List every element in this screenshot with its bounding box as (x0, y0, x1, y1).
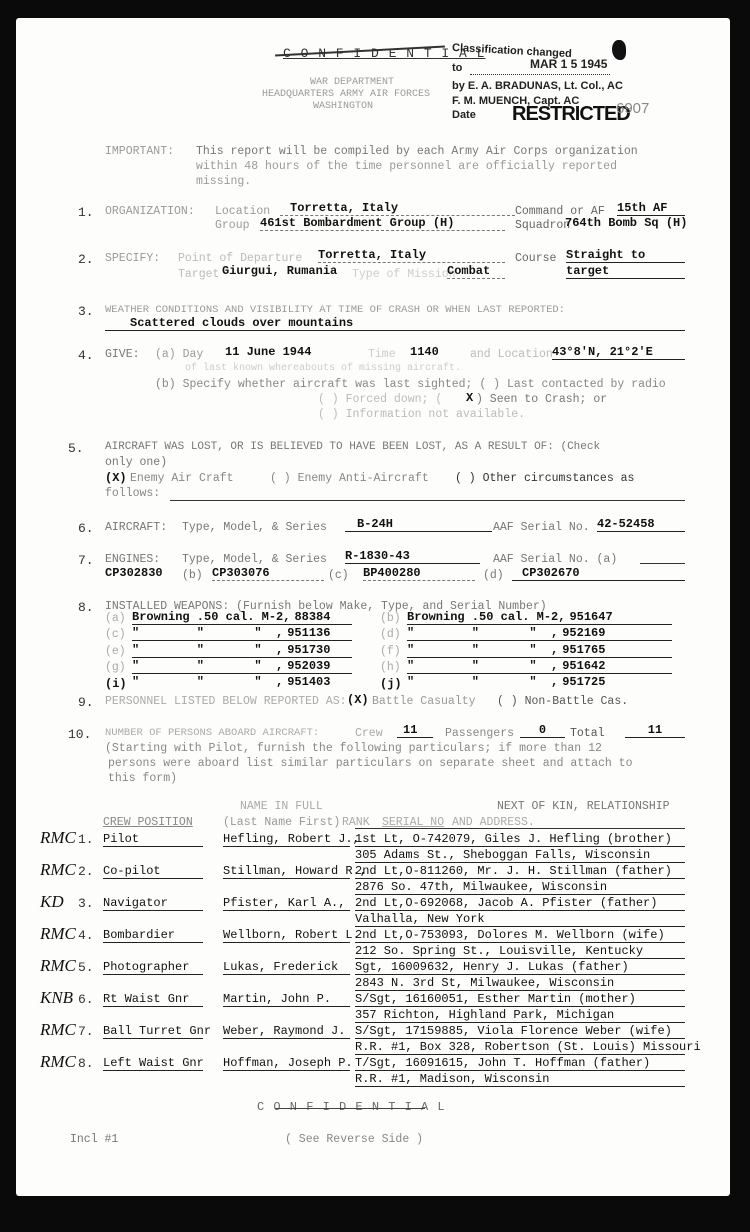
dept-line2: HEADQUARTERS ARMY AIR FORCES (262, 89, 430, 100)
crew-rank-serial-kin: T/Sgt, 16091615, John T. Hoffman (father… (355, 1056, 685, 1071)
crew-name: Pfister, Karl A., (223, 896, 350, 911)
crew-number: 7. (78, 1024, 94, 1039)
weapon-entry: " " " ,951136 (132, 626, 352, 641)
crew-name: Wellborn, Robert L. (223, 928, 350, 943)
other-circumstances-option[interactable]: ( ) Other circumstances as (455, 472, 634, 485)
weapon-serial: 88384 (294, 610, 330, 624)
battle-casualty-check[interactable]: (X) (347, 693, 369, 707)
handwritten-mark: KNB (40, 988, 73, 1008)
org-location: Torretta, Italy (280, 201, 515, 216)
crew-rank-serial-kin: S/Sgt, 16160051, Esther Martin (mother) (355, 992, 685, 1007)
engine-serial-d: CP302670 (512, 566, 685, 581)
crew-position: Navigator (103, 896, 203, 911)
see-reverse-side: ( See Reverse Side ) (285, 1133, 423, 1146)
seen-to-crash-check[interactable]: X (466, 391, 473, 405)
engine-serial-c: BP400280 (363, 566, 475, 581)
weapon-entry: " " " ,952039 (132, 659, 352, 674)
stamp-date: MAR 1 5 1945 (530, 57, 607, 71)
engine-serial-b: CP303076 (212, 566, 324, 581)
weapon-label: (b) (380, 612, 401, 625)
course-line2: target (566, 264, 685, 279)
dept-line1: WAR DEPARTMENT (310, 77, 394, 88)
crew-number: 6. (78, 992, 94, 1007)
crew-name: Hefling, Robert J., (223, 832, 350, 847)
crew-name: Stillman, Howard R., (223, 864, 350, 879)
handwritten-mark: KD (40, 892, 64, 912)
org-squadron: 764th Bomb Sq (H) (565, 216, 687, 230)
crew-number: 5. (78, 960, 94, 975)
inclosure-note: Incl #1 (70, 1133, 118, 1146)
crew-rank-serial-kin: Sgt, 16009632, Henry J. Lukas (father) (355, 960, 685, 975)
handwritten-mark: RMC (40, 1052, 76, 1072)
weapon-serial: 951765 (562, 643, 605, 657)
loss-location: 43°8'N, 21°2'E (552, 345, 685, 360)
crew-name: Hoffman, Joseph P. (223, 1056, 350, 1071)
weapon-serial: 951403 (287, 675, 330, 689)
strikethrough-line-bottom (275, 1108, 425, 1109)
crew-position: Co-pilot (103, 864, 203, 879)
weapon-entry: Browning .50 cal. M-2,951647 (407, 610, 672, 625)
non-battle-option[interactable]: ( ) Non-Battle Cas. (497, 695, 628, 708)
loss-day: 11 June 1944 (225, 345, 311, 359)
crew-position: Pilot (103, 832, 203, 847)
crew-rank-serial-kin: 2nd Lt,O-811260, Mr. J. H. Stillman (fat… (355, 864, 685, 879)
weapon-label: (e) (105, 645, 126, 658)
crew-number: 8. (78, 1056, 94, 1071)
crew-rank-serial-kin: S/Sgt, 17159885, Viola Florence Weber (w… (355, 1024, 685, 1039)
weapon-serial: 951730 (287, 643, 330, 657)
important-label: IMPORTANT: (105, 145, 174, 158)
crew-rank-serial-kin: 1st Lt, O-742079, Giles J. Hefling (brot… (355, 832, 685, 847)
org-group: 461st Bombardment Group (H) (260, 216, 505, 231)
handwritten-mark: RMC (40, 828, 76, 848)
crew-count: 11 (397, 723, 433, 738)
passenger-count: 0 (520, 723, 565, 738)
crew-position: Left Waist Gnr (103, 1056, 203, 1071)
crew-kin-address: R.R. #1, Madison, Wisconsin (355, 1072, 685, 1087)
aircraft-type: B-24H (345, 517, 492, 532)
loss-time: 1140 (410, 345, 439, 359)
handwritten-mark: RMC (40, 1020, 76, 1040)
crew-kin-address: 212 So. Spring St., Louisville, Kentucky (355, 944, 685, 959)
target: Giurgui, Rumania (222, 264, 337, 278)
weapon-entry: " " " ,951642 (407, 659, 672, 674)
classification-bottom: C O N F I D E N T I A L (257, 1100, 446, 1114)
crew-position: Rt Waist Gnr (103, 992, 203, 1007)
total-count: 11 (625, 723, 685, 738)
crew-position: Bombardier (103, 928, 203, 943)
crew-kin-address: Valhalla, New York (355, 912, 685, 927)
follows-line (170, 500, 685, 501)
departure-point: Torretta, Italy (318, 248, 505, 263)
dept-line3: WASHINGTON (313, 101, 373, 112)
weapon-serial: 951725 (562, 675, 605, 689)
weapon-label: (g) (105, 661, 126, 674)
weapon-serial: 951647 (569, 610, 612, 624)
handwritten-mark: RMC (40, 924, 76, 944)
crew-position: Ball Turret Gnr (103, 1024, 203, 1039)
weapon-entry: Browning .50 cal. M-2,88384 (132, 610, 352, 625)
aircraft-serial: 42-52458 (597, 517, 685, 532)
handwritten-mark: RMC (40, 860, 76, 880)
weather-conditions: Scattered clouds over mountains (105, 316, 685, 331)
weapon-label: (d) (380, 628, 401, 641)
weapon-entry: " " " ,952169 (407, 626, 672, 641)
weapon-label: (f) (380, 645, 401, 658)
engine-serial-a: CP302830 (105, 566, 163, 580)
weapon-serial: 951136 (287, 626, 330, 640)
weapon-serial: 951642 (562, 659, 605, 673)
crew-name: Lukas, Frederick (223, 960, 350, 975)
weapon-serial: 952169 (562, 626, 605, 640)
org-command: 15th AF (617, 201, 685, 216)
weapon-label: (h) (380, 661, 401, 674)
weapon-label: (i) (105, 677, 127, 691)
course-line1: Straight to (566, 248, 685, 263)
weapon-label: (j) (380, 677, 402, 691)
enemy-anti-aircraft-option[interactable]: ( ) Enemy Anti-Aircraft (270, 472, 429, 485)
crew-name: Martin, John P. (223, 992, 350, 1007)
handwritten-mark: RMC (40, 956, 76, 976)
crew-position: Photographer (103, 960, 203, 975)
stamp-by1: by E. A. BRADUNAS, Lt. Col., AC (452, 80, 623, 92)
crew-rank-serial-kin: 2nd Lt,O-692068, Jacob A. Pfister (fathe… (355, 896, 685, 911)
weapon-label: (c) (105, 628, 126, 641)
restricted-stamp: RESTRICTED (512, 103, 630, 126)
stamp-date-label: Date (452, 109, 476, 121)
weapon-entry: " " " ,951403 (132, 675, 352, 689)
ink-blot (612, 40, 626, 60)
weapon-entry: " " " ,951725 (407, 675, 672, 689)
weapon-entry: " " " ,951730 (132, 643, 352, 658)
mission-type: Combat (447, 264, 505, 279)
crew-number: 4. (78, 928, 94, 943)
crew-kin-address: 305 Adams St., Sheboggan Falls, Wisconsi… (355, 848, 685, 863)
crew-kin-address: R.R. #1, Box 328, Robertson (St. Louis) … (355, 1040, 685, 1055)
engine-type: R-1830-43 (345, 549, 480, 564)
crew-kin-address: 2843 N. 3rd St, Milwaukee, Wisconsin (355, 976, 685, 991)
crew-number: 1. (78, 832, 94, 847)
crew-name: Weber, Raymond J. (223, 1024, 350, 1039)
crew-kin-address: 2876 So. 47th, Milwaukee, Wisconsin (355, 880, 685, 895)
weapon-label: (a) (105, 612, 126, 625)
weapon-serial: 952039 (287, 659, 330, 673)
crew-number: 2. (78, 864, 94, 879)
crew-rank-serial-kin: 2nd Lt,O-753093, Dolores M. Wellborn (wi… (355, 928, 685, 943)
weapon-entry: " " " ,951765 (407, 643, 672, 658)
crew-number: 3. (78, 896, 94, 911)
enemy-aircraft-check[interactable]: (X) (105, 471, 127, 485)
stamp-number: 6907 (616, 100, 649, 117)
crew-kin-address: 357 Richton, Highland Park, Michigan (355, 1008, 685, 1023)
stamp-to-label: to (452, 62, 462, 74)
